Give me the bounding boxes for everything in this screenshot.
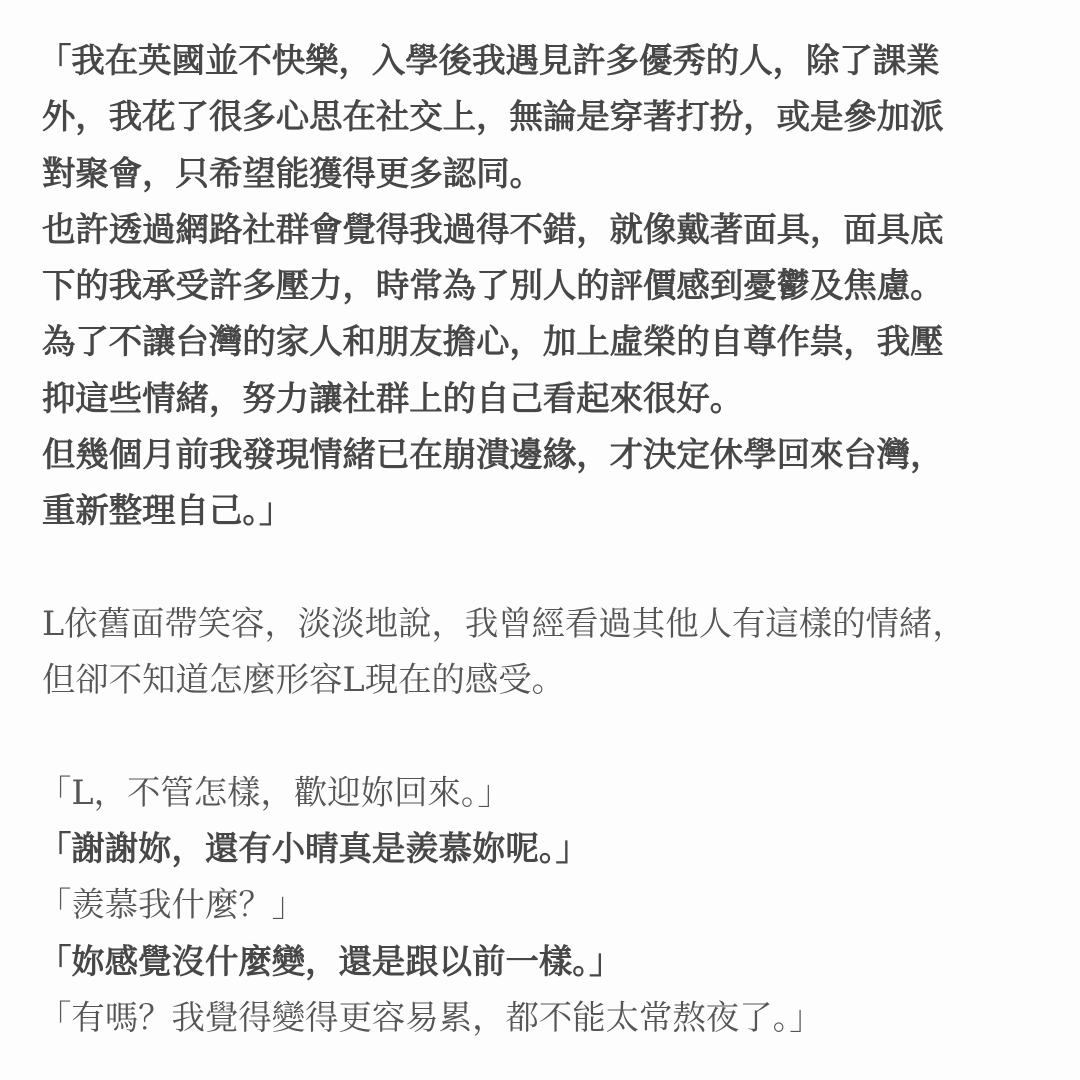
dialogue-block: 「L，不管怎樣，歡迎妳回來。」 「謝謝妳，還有小晴真是羨慕妳呢。」 「羨慕我什麼…	[42, 765, 1052, 1046]
paragraph-spacer	[42, 709, 1052, 765]
quote-paragraph: 「我在英國並不快樂，入學後我遇見許多優秀的人，除了課業 外，我花了很多心思在社交…	[42, 33, 1052, 540]
quote-line: 重新整理自己。」	[42, 483, 1052, 539]
quote-line: 「我在英國並不快樂，入學後我遇見許多優秀的人，除了課業	[38, 33, 1052, 89]
dialogue-line-narrator: 「L，不管怎樣，歡迎妳回來。」	[38, 765, 1052, 821]
paragraph-spacer	[42, 540, 1052, 596]
dialogue-line-narrator: 「有嗎？我覺得變得更容易累，都不能太常熬夜了。」	[38, 990, 1052, 1046]
quote-line: 也許透過網路社群會覺得我過得不錯，就像戴著面具，面具底	[42, 202, 1052, 258]
narration-line: L依舊面帶笑容，淡淡地說，我曾經看過其他人有這樣的情緒，	[42, 596, 1052, 652]
dialogue-line-l: 「妳感覺沒什麼變，還是跟以前一樣。」	[38, 934, 1052, 990]
narration-paragraph: L依舊面帶笑容，淡淡地說，我曾經看過其他人有這樣的情緒， 但卻不知道怎麼形容L現…	[42, 596, 1052, 709]
dialogue-line-narrator: 「羨慕我什麼？」	[38, 877, 1052, 933]
narration-line: 但卻不知道怎麼形容L現在的感受。	[42, 652, 1052, 708]
dialogue-line-l: 「謝謝妳，還有小晴真是羨慕妳呢。」	[38, 821, 1052, 877]
quote-line: 外，我花了很多心思在社交上，無論是穿著打扮，或是參加派	[42, 89, 1052, 145]
quote-line: 對聚會，只希望能獲得更多認同。	[42, 146, 1052, 202]
quote-line: 下的我承受許多壓力，時常為了別人的評價感到憂鬱及焦慮。	[42, 258, 1052, 314]
article-body: 「我在英國並不快樂，入學後我遇見許多優秀的人，除了課業 外，我花了很多心思在社交…	[42, 33, 1052, 1046]
quote-line: 為了不讓台灣的家人和朋友擔心，加上虛榮的自尊作祟，我壓	[42, 314, 1052, 370]
quote-line: 但幾個月前我發現情緒已在崩潰邊緣，才決定休學回來台灣，	[42, 427, 1052, 483]
quote-line: 抑這些情緒，努力讓社群上的自己看起來很好。	[42, 371, 1052, 427]
